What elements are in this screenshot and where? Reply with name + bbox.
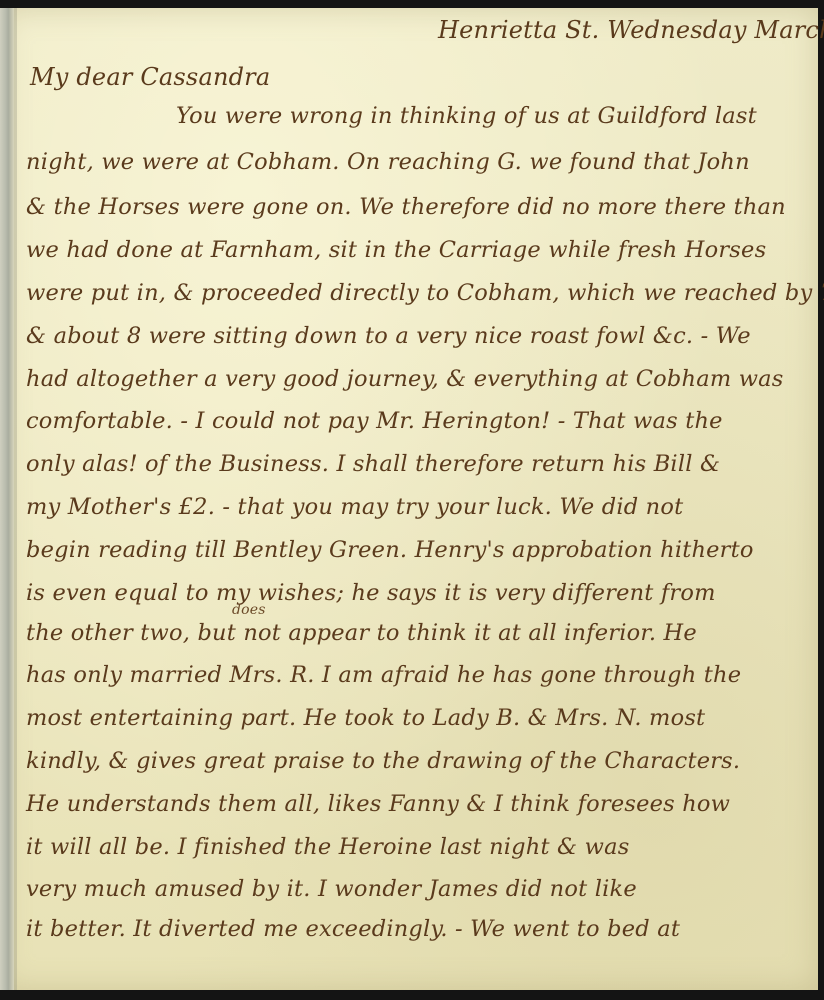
letter-line: begin reading till Bentley Green. Henry'… — [26, 537, 754, 563]
letter-line: very much amused by it. I wonder James d… — [26, 876, 637, 902]
binding-edge — [0, 8, 14, 990]
interlinear-insertion: does — [232, 602, 266, 618]
letter-line: is even equal to my wishes; he says it i… — [26, 580, 716, 606]
page-fold — [14, 8, 17, 990]
letter-line: He understands them all, likes Fanny & I… — [26, 791, 730, 817]
letter-line: comfortable. - I could not pay Mr. Herin… — [26, 408, 723, 434]
letter-line: had altogether a very good journey, & ev… — [26, 366, 784, 392]
letter-dateline: Henrietta St. Wednesday March 2 — [438, 16, 824, 44]
letter-line: kindly, & gives great praise to the draw… — [26, 748, 740, 774]
letter-line: it better. It diverted me exceedingly. -… — [26, 916, 680, 942]
letter-line: has only married Mrs. R. I am afraid he … — [26, 662, 741, 688]
letter-line: only alas! of the Business. I shall ther… — [26, 451, 720, 477]
letter-line: You were wrong in thinking of us at Guil… — [176, 103, 757, 129]
letter-salutation: My dear Cassandra — [30, 63, 270, 91]
letter-line: my Mother's £2. - that you may try your … — [26, 494, 683, 520]
letter-line: the other two, but not appear to think i… — [26, 620, 697, 646]
letter-line: night, we were at Cobham. On reaching G.… — [26, 149, 750, 175]
letter-line: it will all be. I finished the Heroine l… — [26, 834, 629, 860]
manuscript-page: Henrietta St. Wednesday March 2 My dear … — [0, 8, 818, 990]
letter-line: most entertaining part. He took to Lady … — [26, 705, 705, 731]
letter-line: were put in, & proceeded directly to Cob… — [26, 280, 824, 306]
letter-line: & about 8 were sitting down to a very ni… — [26, 323, 751, 349]
letter-line: we had done at Farnham, sit in the Carri… — [26, 237, 766, 263]
letter-line: & the Horses were gone on. We therefore … — [26, 194, 786, 220]
